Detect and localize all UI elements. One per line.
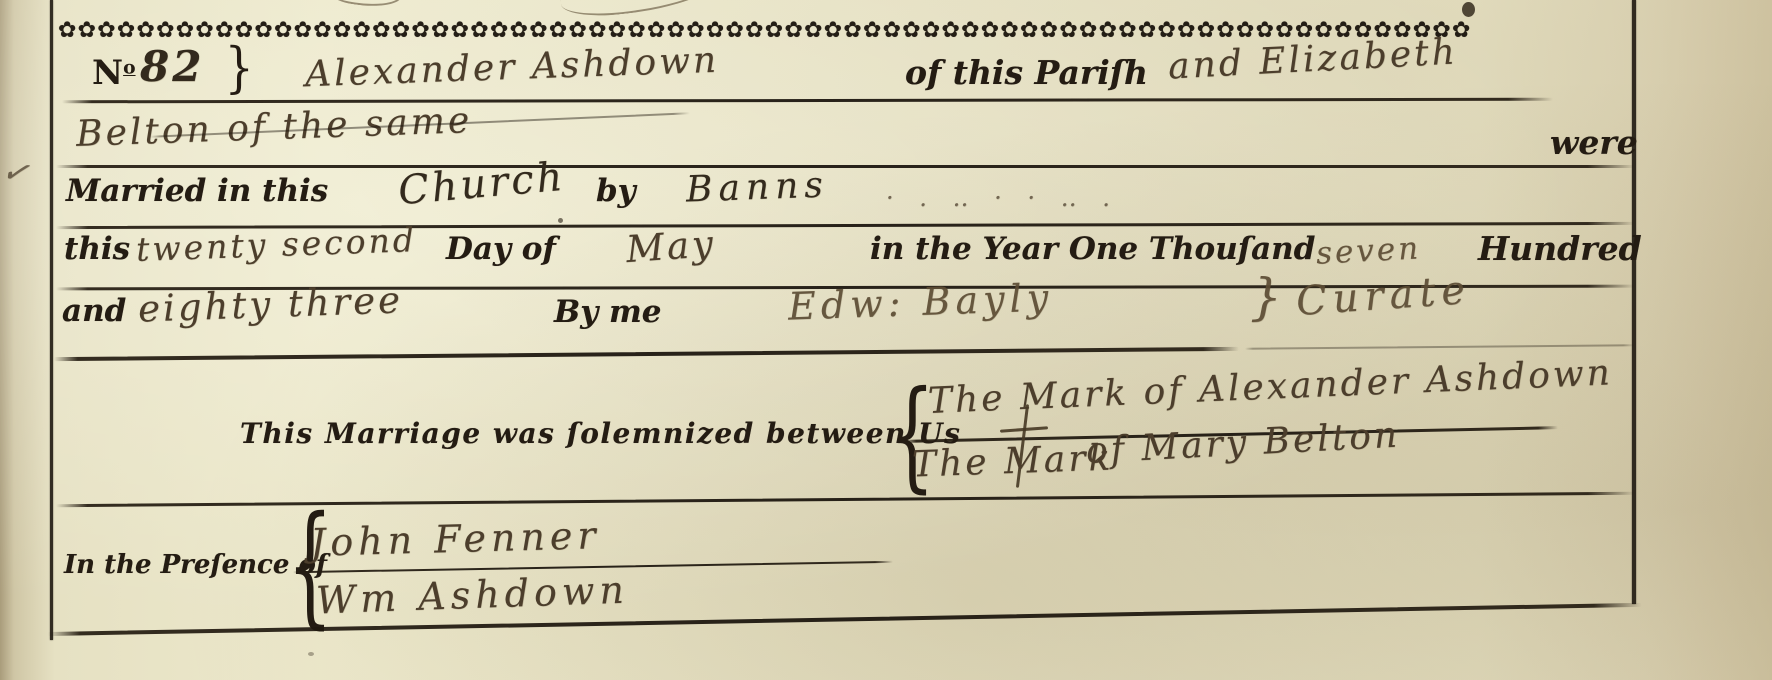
groom-name-handwritten: Alexander Ashdown	[304, 43, 719, 93]
bride-surname-handwritten: Belton of the same	[75, 103, 472, 153]
by-me-printed: By me	[554, 297, 662, 328]
minister-title-handwritten: Curate	[1295, 270, 1472, 322]
and-printed: and	[62, 296, 126, 327]
bride-firstname-handwritten: and Elizabeth	[1167, 34, 1458, 85]
rule-line-2	[56, 165, 1635, 168]
ink-speck	[558, 218, 563, 223]
form-right-border	[1632, 0, 1636, 604]
witness-2-signature: Wm Ashdown	[315, 571, 629, 620]
were-printed: were	[1550, 126, 1638, 159]
entry-number-superscript: o	[123, 57, 135, 79]
ink-speck	[1462, 2, 1475, 17]
day-handwritten: twenty second	[136, 223, 418, 266]
register-page: ✓ ✿✿✿✿✿✿✿✿✿✿✿✿✿✿✿✿✿✿✿✿✿✿✿✿✿✿✿✿✿✿✿✿✿✿✿✿✿✿…	[0, 0, 1772, 680]
in-the-year-printed: in the Year One Thouſand	[870, 234, 1315, 265]
day-of-printed: Day of	[446, 234, 556, 265]
this-printed: this	[64, 234, 130, 265]
minister-brace: }	[1250, 272, 1285, 322]
witness-1-signature: John Fenner	[310, 516, 601, 562]
minister-signature-handwritten: Edw: Bayly	[787, 278, 1053, 325]
bride-mark-handwritten: The Mark	[911, 440, 1113, 483]
by-printed: by	[596, 176, 636, 207]
entry-number-value: 82	[140, 46, 204, 88]
previous-entry-stroke	[329, 0, 404, 11]
bride-name-handwritten: of Mary Belton	[1085, 418, 1401, 470]
previous-entry-stroke	[558, 0, 724, 20]
ink-speck	[308, 652, 314, 656]
entry-number-brace: }	[225, 44, 254, 93]
year-handwritten: eighty three	[137, 281, 403, 327]
rule-line-1	[62, 98, 1553, 103]
rule-line-5	[54, 347, 1239, 361]
method-ink-dots: · . ‥ · · ‥ .	[886, 186, 1119, 210]
entry-number-label: No	[92, 56, 136, 90]
hundred-printed: Hundred	[1478, 232, 1642, 265]
solemnized-label-printed: This Marriage was ſolemnized between Us	[240, 420, 961, 448]
century-handwritten: seven	[1315, 233, 1422, 269]
month-handwritten: May	[625, 225, 717, 268]
married-in-this-printed: Married in this	[66, 176, 328, 207]
form-left-border	[50, 0, 53, 640]
method-handwritten: Banns	[685, 168, 829, 209]
rule-line-5-faint	[1245, 344, 1635, 349]
margin-pen-mark-icon: ✓	[0, 153, 35, 190]
of-this-parish-printed: of this Pariſh	[905, 56, 1148, 89]
